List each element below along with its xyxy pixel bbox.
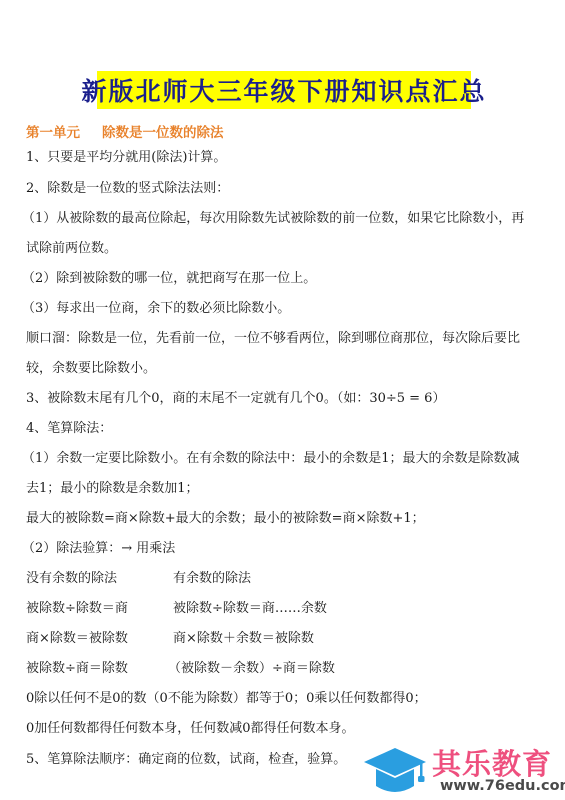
text-line: 3、被除数末尾有几个0，商的末尾不一定就有几个0。（如：30÷5 = 6） xyxy=(26,391,445,407)
comparison-right-header: 有余数的除法 xyxy=(173,571,251,587)
text-line: 最大的被除数=商×除数+最大的余数；最小的被除数=商×除数+1； xyxy=(26,511,425,527)
text-line: （1）从被除数的最高位除起，每次用除数先试被除数的前一位数，如果它比除数小，再 xyxy=(22,211,524,227)
title-banner: 新版北师大三年级下册知识点汇总 xyxy=(97,71,471,109)
text-line: 4、笔算除法： xyxy=(26,421,112,437)
comparison-left-cell: 被除数÷商＝除数 xyxy=(26,661,128,677)
text-line: （2）除到被除数的哪一位，就把商写在那一位上。 xyxy=(22,271,316,287)
watermark-url: www.76edu.com xyxy=(440,778,565,794)
comparison-right-cell: 商×除数＋余数＝被除数 xyxy=(173,631,314,647)
comparison-right-cell: （被除数－余数）÷商＝除数 xyxy=(168,661,335,677)
text-line: 0除以任何不是0的数（0不能为除数）都等于0；0乘以任何数都得0； xyxy=(26,691,427,707)
comparison-left-cell: 商×除数＝被除数 xyxy=(26,631,128,647)
unit-topic: 除数是一位数的除法 xyxy=(102,125,224,141)
text-line: 去1；最小的除数是余数加1； xyxy=(26,481,199,497)
comparison-left-header: 没有余数的除法 xyxy=(26,571,117,587)
text-line: 1、只要是平均分就用(除法)计算。 xyxy=(26,150,226,166)
unit-heading: 第一单元除数是一位数的除法 xyxy=(26,121,224,141)
graduation-cap-icon xyxy=(362,746,428,796)
text-line: 5、笔算除法顺序：确定商的位数，试商，检查，验算。 xyxy=(26,752,346,768)
comparison-right-cell: 被除数÷除数＝商……余数 xyxy=(173,601,327,617)
unit-label: 第一单元 xyxy=(26,125,80,141)
watermark-name: 其乐教育 xyxy=(432,742,552,783)
comparison-left-cell: 被除数÷除数＝商 xyxy=(26,601,128,617)
text-line: 顺口溜：除数是一位，先看前一位，一位不够看两位，除到哪位商那位，每次除后要比 xyxy=(26,331,520,347)
text-line: （2）除法验算：→ 用乘法 xyxy=(22,541,175,557)
watermark-logo: 其乐教育 www.76edu.com xyxy=(362,742,562,798)
document-title: 新版北师大三年级下册知识点汇总 xyxy=(82,72,487,108)
text-line: 0加任何数都得任何数本身，任何数减0都得任何数本身。 xyxy=(26,721,355,737)
text-line: 较，余数要比除数小。 xyxy=(26,361,156,377)
text-line: 试除前两位数。 xyxy=(26,241,117,257)
text-line: （1）余数一定要比除数小。在有余数的除法中：最小的余数是1；最大的余数是除数减 xyxy=(22,451,520,467)
text-line: 2、除数是一位数的竖式除法法则： xyxy=(26,181,229,197)
text-line: （3）每求出一位商，余下的数必须比除数小。 xyxy=(22,301,290,317)
